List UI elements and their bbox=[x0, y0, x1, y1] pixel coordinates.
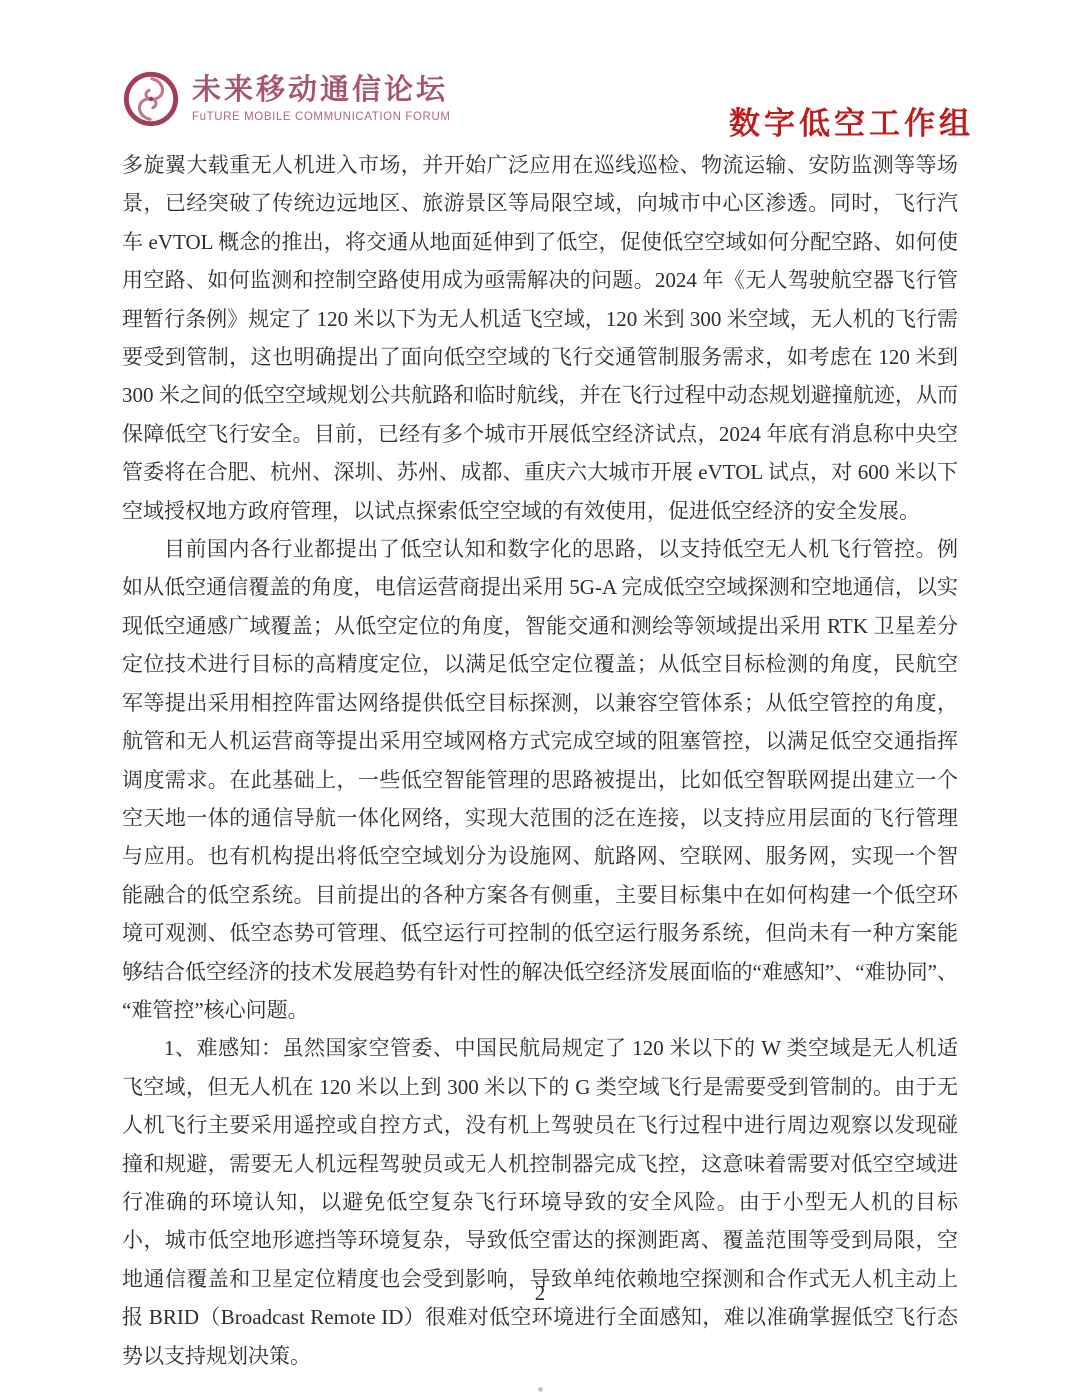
forum-logo: 未来移动通信论坛 FuTURE MOBILE COMMUNICATION FOR… bbox=[122, 70, 451, 128]
workgroup-title: 数字低空工作组 bbox=[729, 98, 974, 143]
forum-logo-text: 未来移动通信论坛 FuTURE MOBILE COMMUNICATION FOR… bbox=[192, 75, 451, 123]
paragraph-industry-approaches: 目前国内各行业都提出了低空认知和数字化的思路，以支持低空无人机飞行管控。例如从低… bbox=[122, 530, 958, 1029]
document-body: 多旋翼大载重无人机进入市场，并开始广泛应用在巡线巡检、物流运输、安防监测等等场景… bbox=[122, 146, 958, 1375]
forum-name-english: FuTURE MOBILE COMMUNICATION FORUM bbox=[192, 111, 451, 123]
paragraph-market-intro: 多旋翼大载重无人机进入市场，并开始广泛应用在巡线巡检、物流运输、安防监测等等场景… bbox=[122, 146, 958, 530]
document-page: 未来移动通信论坛 FuTURE MOBILE COMMUNICATION FOR… bbox=[0, 0, 1080, 1397]
page-header: 未来移动通信论坛 FuTURE MOBILE COMMUNICATION FOR… bbox=[122, 70, 974, 143]
paragraph-hard-to-sense: 1、难感知：虽然国家空管委、中国民航局规定了 120 米以下的 W 类空域是无人… bbox=[122, 1029, 958, 1375]
forum-logo-swirl-icon bbox=[122, 70, 180, 128]
forum-name-chinese: 未来移动通信论坛 bbox=[192, 75, 451, 107]
page-number: 2 bbox=[0, 1281, 1080, 1306]
scan-speck bbox=[538, 1387, 543, 1392]
